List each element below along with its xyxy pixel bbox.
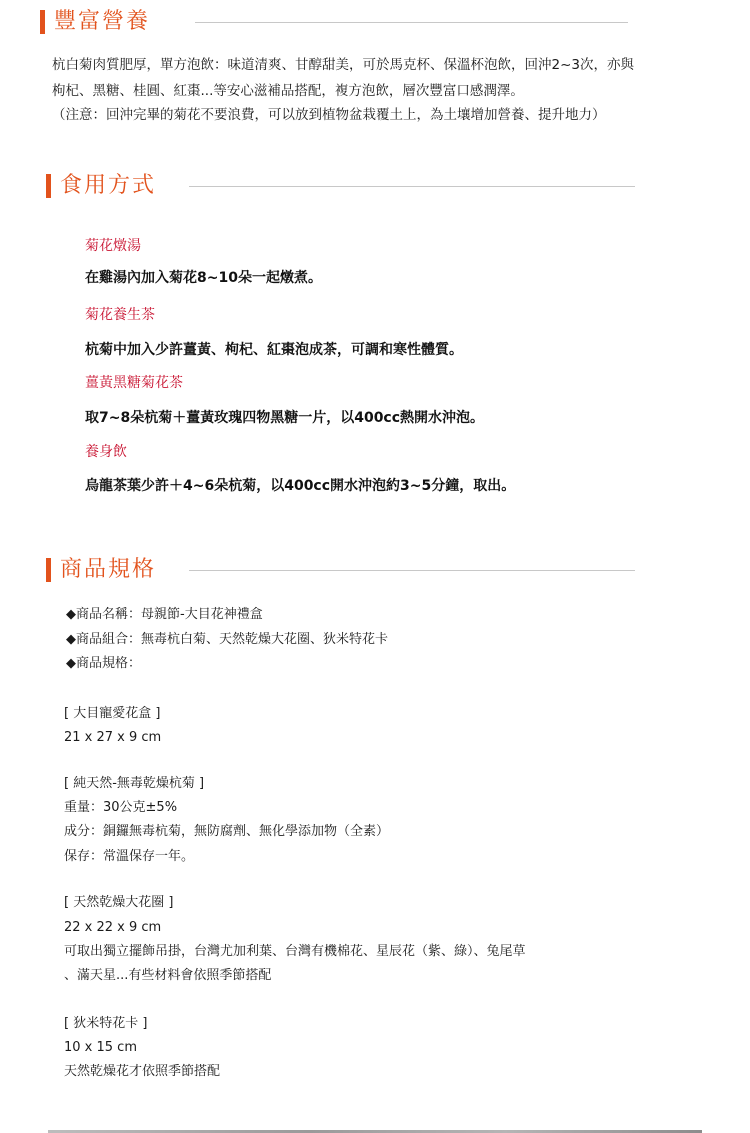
recipe-name: 薑黃黑糖菊花茶	[85, 373, 183, 393]
recipe-desc: 烏龍茶葉少許＋4~6朵杭菊，以400cc開水沖泡約3~5分鐘，取出。	[85, 476, 515, 496]
divider-line	[195, 22, 628, 23]
spec-group-heading: [ 大目寵愛花盒 ]	[64, 702, 160, 726]
spec-line: 天然乾燥花才依照季節搭配	[64, 1060, 220, 1084]
accent-bar	[46, 558, 51, 582]
section-title: 豐富營養	[54, 6, 150, 38]
spec-group-heading: [ 純天然-無毒乾燥杭菊 ]	[64, 772, 204, 796]
section-header-nutrition: 豐富營養	[40, 6, 750, 38]
spec-line: 22 x 22 x 9 cm	[64, 916, 161, 940]
spec-summary-spec: ◆商品規格：	[66, 652, 141, 676]
nutrition-note: （注意：回沖完畢的菊花不要浪費，可以放到植物盆栽覆土上，為土壤增加營養、提升地力…	[52, 102, 606, 128]
recipe-desc: 在雞湯內加入菊花8~10朵一起燉煮。	[85, 268, 322, 288]
nutrition-line-2: 枸杞、黑糖、桂圓、紅棗...等安心滋補品搭配，複方泡飲，層次豐富口感潤澤。	[52, 78, 524, 104]
spec-line: 21 x 27 x 9 cm	[64, 726, 161, 750]
accent-bar	[46, 174, 51, 198]
divider-line	[189, 186, 635, 187]
accent-bar	[40, 10, 45, 34]
section-title: 商品規格	[60, 554, 156, 586]
spec-summary-combo: ◆商品組合：無毒杭白菊、天然乾燥大花圈、狄米特花卡	[66, 628, 388, 652]
recipe-name: 菊花燉湯	[85, 236, 141, 256]
spec-group-heading: [ 天然乾燥大花圈 ]	[64, 891, 173, 915]
spec-summary-name: ◆商品名稱：母親節-大目花神禮盒	[66, 603, 263, 627]
section-header-usage: 食用方式	[46, 170, 750, 202]
recipe-name: 養身飲	[85, 442, 127, 462]
spec-group-heading: [ 狄米特花卡 ]	[64, 1012, 147, 1036]
spec-line: 可取出獨立擺飾吊掛，台灣尤加利葉、台灣有機棉花、星辰花（紫、綠）、兔尾草	[64, 940, 526, 964]
nutrition-line-1: 杭白菊肉質肥厚，單方泡飲：味道清爽、甘醇甜美，可於馬克杯、保溫杯泡飲，回沖2~3…	[52, 52, 634, 78]
spec-line: 保存：常溫保存一年。	[64, 845, 194, 869]
section-title: 食用方式	[60, 170, 156, 202]
spec-line: 10 x 15 cm	[64, 1036, 137, 1060]
section-header-specs: 商品規格	[46, 554, 750, 586]
divider-line	[189, 570, 635, 571]
recipe-desc: 取7~8朵杭菊＋薑黃玫瑰四物黑糖一片，以400cc熱開水沖泡。	[85, 408, 484, 428]
spec-line: 重量：30公克±5%	[64, 796, 177, 820]
recipe-name: 菊花養生茶	[85, 305, 155, 325]
recipe-desc: 杭菊中加入少許薑黃、枸杞、紅棗泡成茶，可調和寒性體質。	[85, 340, 463, 360]
spec-line: 、滿天星...有些材料會依照季節搭配	[64, 964, 271, 988]
spec-line: 成分：銅鑼無毒杭菊，無防腐劑、無化學添加物（全素）	[64, 820, 389, 844]
